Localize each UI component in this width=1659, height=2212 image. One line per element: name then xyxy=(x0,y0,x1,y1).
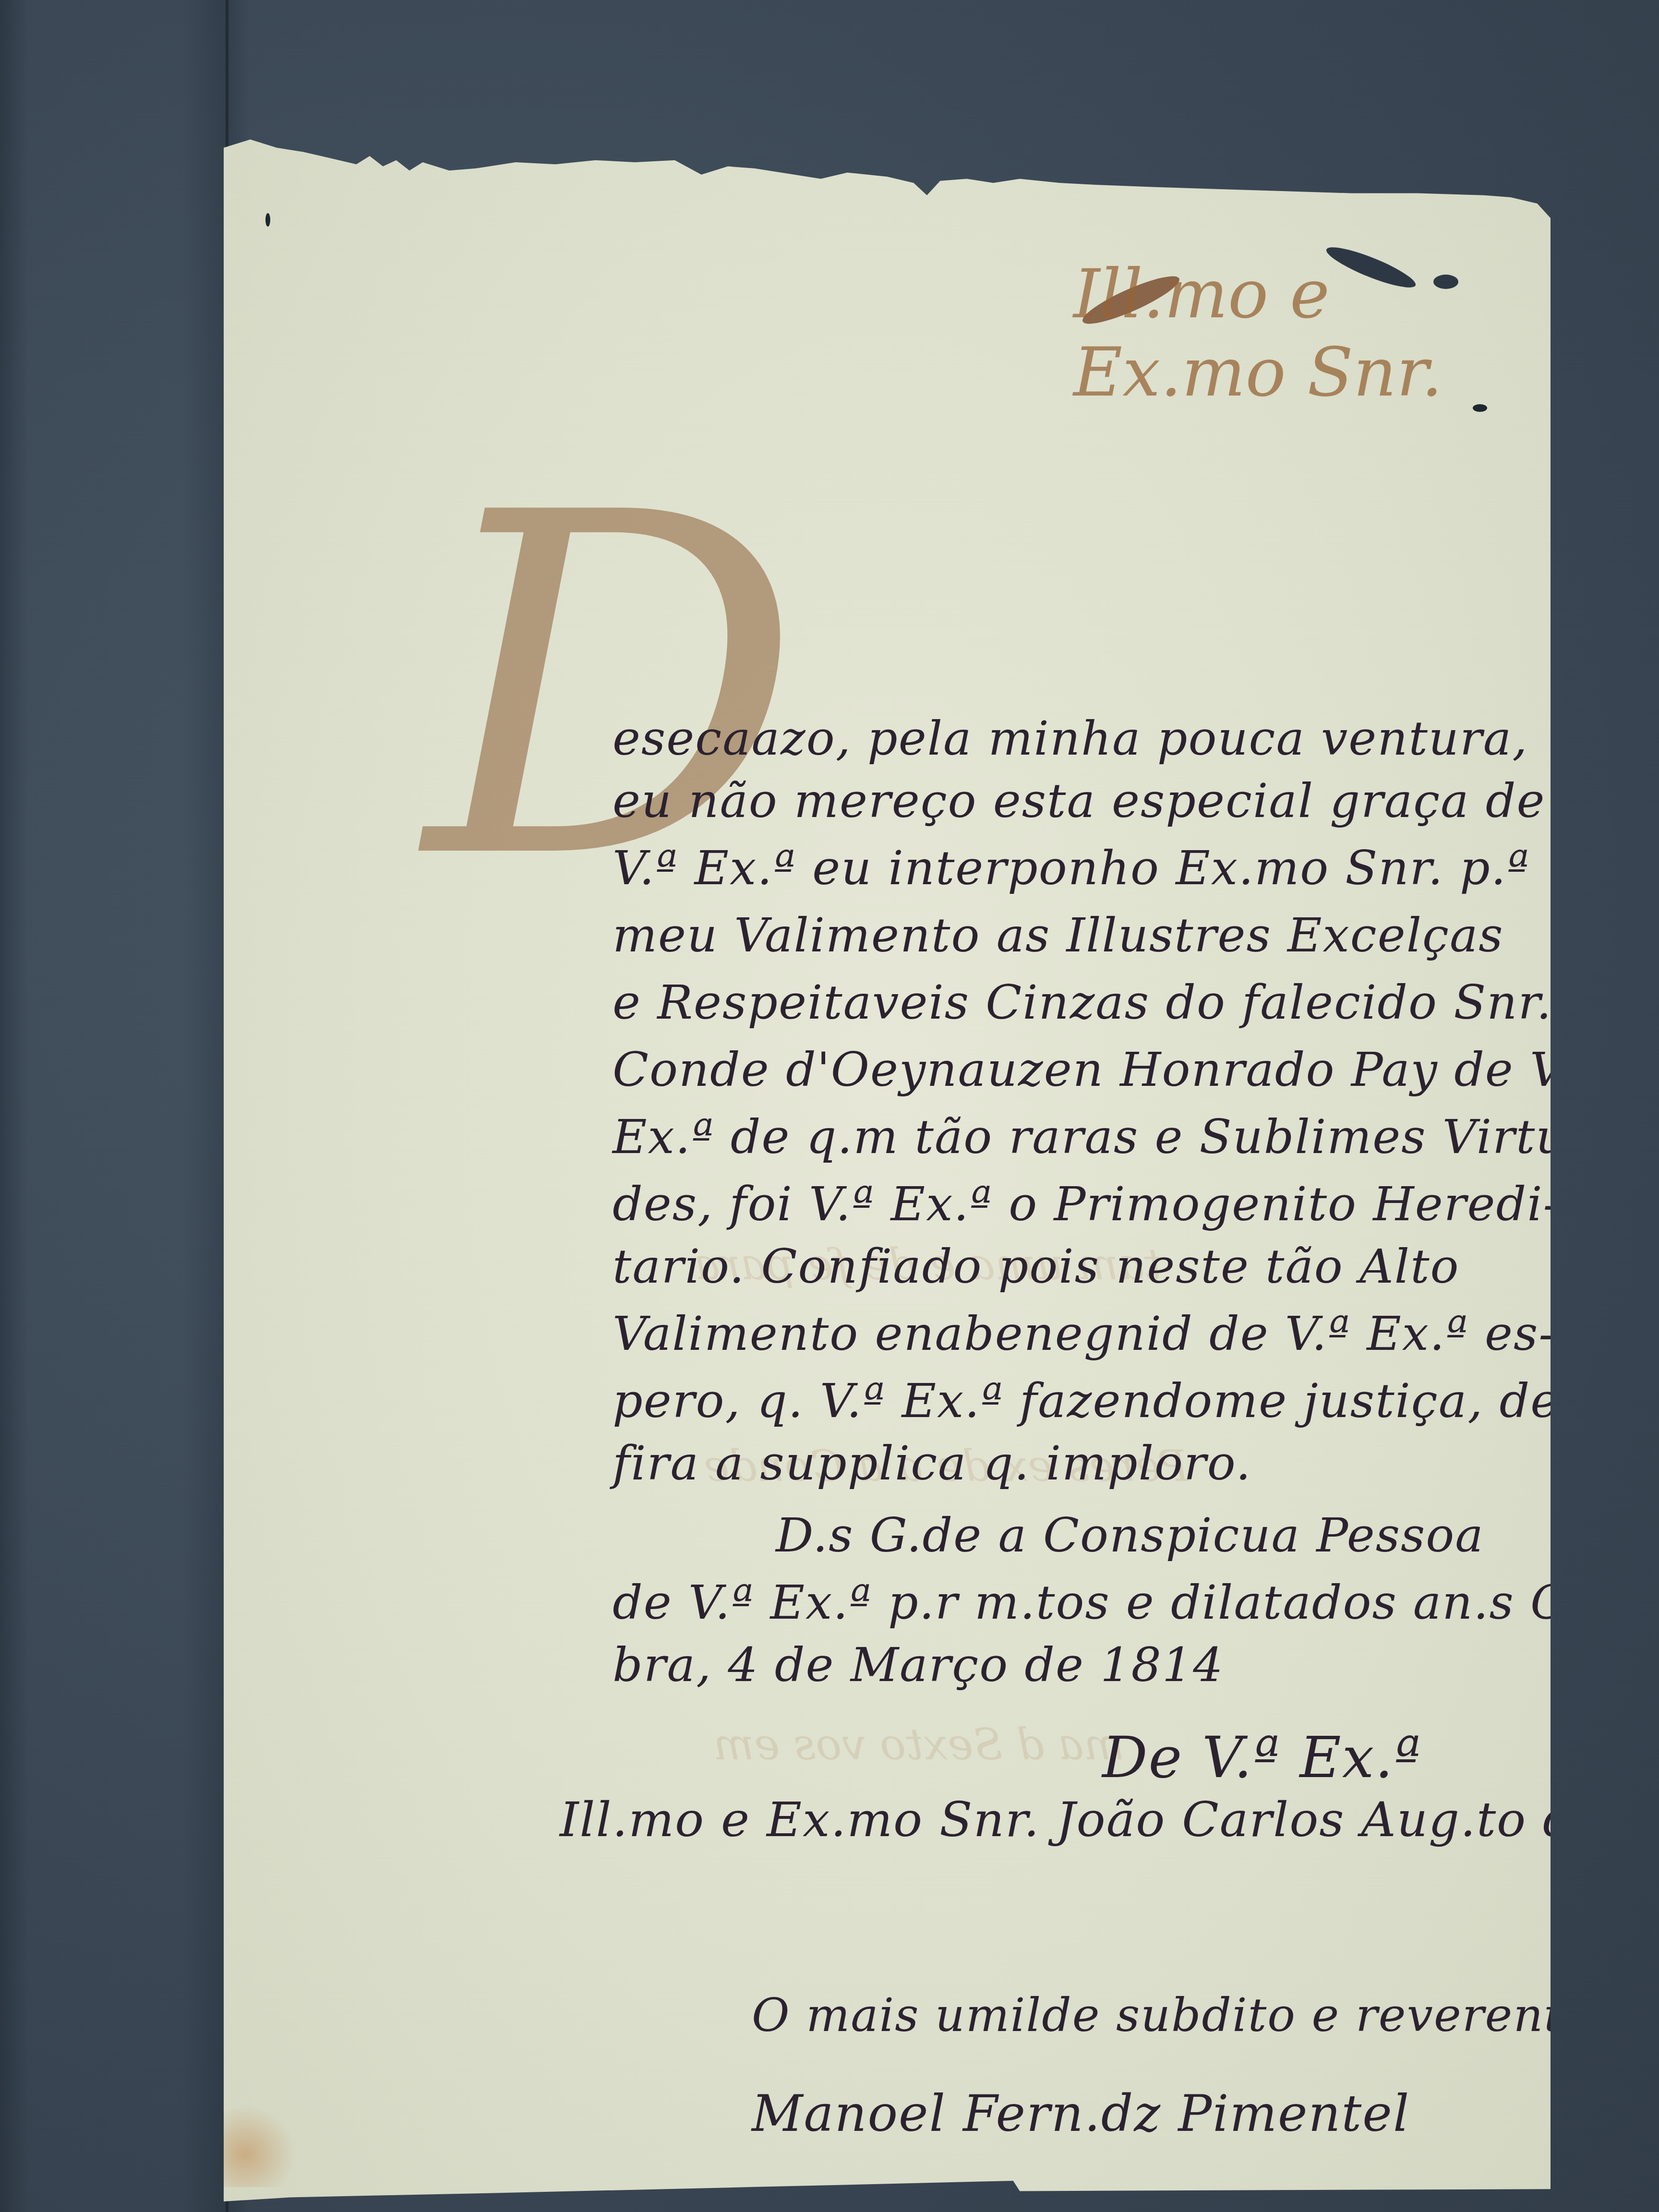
letter-line: pero, q. V.ª Ex.ª fazendome justiça, de- xyxy=(613,1374,1576,1429)
dateline: bra, 4 de Março de 1814 xyxy=(613,1638,1224,1693)
manuscript-page: tam uma e de fe para Peres ex de a a Con… xyxy=(224,135,1551,2201)
letter-line: meu Valimento as Illustres Excelças xyxy=(613,908,1504,963)
binding-hole xyxy=(265,213,270,227)
heading-flourish: Ill.mo e Ex.mo Snr. xyxy=(1073,255,1551,412)
letter-line: tario. Confiado pois neste tão Alto xyxy=(613,1239,1460,1294)
letter-line: esecaazo, pela minha pouca ventura, xyxy=(613,711,1528,766)
letter-line: Ex.ª de q.m tão raras e Sublimes Virtu- xyxy=(613,1110,1584,1165)
closing: De V.ª Ex.ª xyxy=(1102,1724,1422,1791)
letter-line: e Respeitaveis Cinzas do falecido Snr. xyxy=(613,975,1552,1030)
signature-salutation: O mais umilde subdito e reverente C. xyxy=(752,1988,1658,2042)
signature-name: Manoel Fern.dz Pimentel xyxy=(752,2084,1410,2143)
addressee: Ill.mo e Ex.mo Snr. João Carlos Aug.to d… xyxy=(560,1791,1659,1848)
letter-line: des, foi V.ª Ex.ª o Primogenito Heredi- xyxy=(613,1177,1560,1232)
letter-line: eu não mereço esta especial graça de xyxy=(613,774,1545,829)
letter-line: D.s G.de a Conspicua Pessoa xyxy=(776,1508,1484,1563)
letter-line: V.ª Ex.ª eu interponho Ex.mo Snr. p.ª xyxy=(613,841,1530,896)
letter-line: de V.ª Ex.ª p.r m.tos e dilatados an.s C… xyxy=(613,1575,1659,1630)
bleed-through-text: ma d Sexto vos em xyxy=(713,1719,1125,1770)
water-stain xyxy=(224,2105,296,2187)
letter-line: Valimento enabenegnid de V.ª Ex.ª es- xyxy=(613,1307,1555,1361)
letter-line: fira a supplica q. imploro. xyxy=(613,1436,1251,1491)
letter-line: Conde d'Oeynauzen Honrado Pay de V.ª xyxy=(613,1043,1596,1097)
